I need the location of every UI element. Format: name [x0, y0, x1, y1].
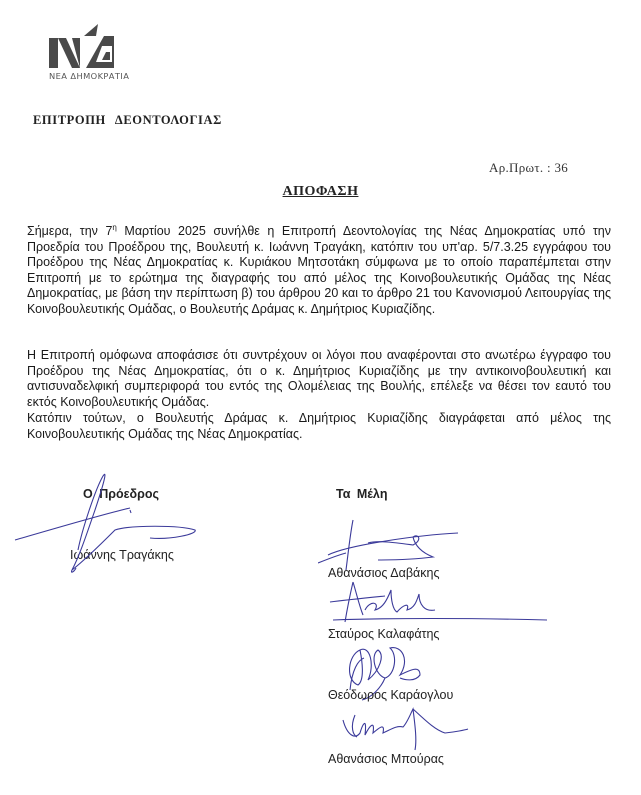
member-signature-2-icon [325, 580, 555, 630]
protocol-number: Αρ.Πρωτ. : 36 [489, 160, 568, 176]
paragraph-decision: Η Επιτροπή ομόφωνα αποφάσισε ότι συντρέχ… [27, 348, 611, 410]
paragraph-meeting: Σήμερα, την 7η Μαρτίου 2025 συνήλθε η Επ… [27, 224, 611, 317]
paragraph-expulsion: Κατόπιν τούτων, ο Βουλευτής Δράμας κ. Δη… [27, 411, 611, 442]
party-logo: ΝΕΑ ΔΗΜΟΚΡΑΤΙΑ [46, 22, 136, 82]
member-name-3: Θεόδωρος Καράογλου [328, 688, 453, 702]
committee-heading: ΕΠΙΤΡΟΠΗ ΔΕΟΝΤΟΛΟΓΙΑΣ [33, 113, 222, 128]
member-signature-4-icon [335, 705, 475, 755]
member-name-2: Σταύρος Καλαφάτης [328, 627, 439, 641]
document-title: ΑΠΟΦΑΣΗ [0, 184, 641, 200]
nd-logo-icon [46, 22, 136, 70]
president-title: Ο Πρόεδρος [83, 487, 159, 501]
logo-text: ΝΕΑ ΔΗΜΟΚΡΑΤΙΑ [49, 71, 129, 81]
members-title: Τα Μέλη [336, 487, 388, 501]
president-name: Ιωάννης Τραγάκης [70, 548, 174, 562]
member-name-4: Αθανάσιος Μπούρας [328, 752, 444, 766]
member-name-1: Αθανάσιος Δαβάκης [328, 566, 439, 580]
